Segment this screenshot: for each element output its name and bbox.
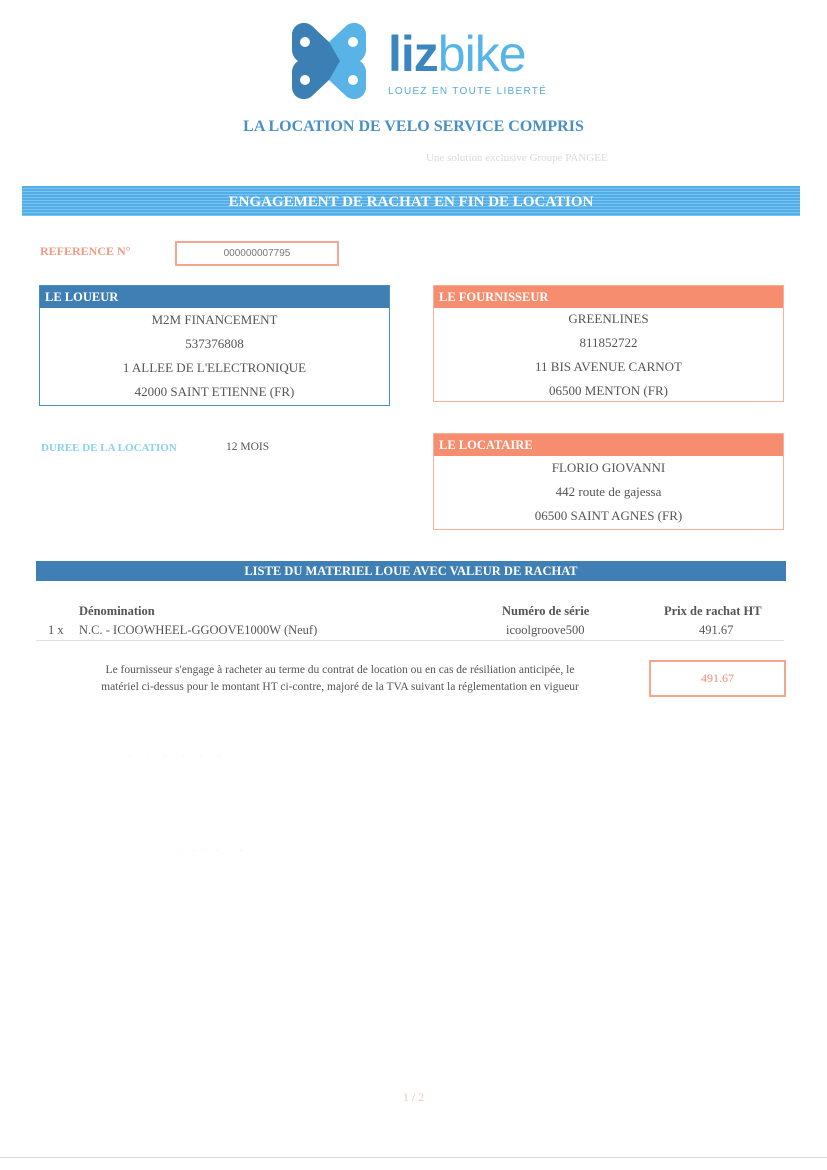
reference-label: REFERENCE N° xyxy=(40,244,130,259)
fournisseur-address: 11 BIS AVENUE CARNOT xyxy=(434,356,783,380)
fournisseur-details: GREENLINES 811852722 11 BIS AVENUE CARNO… xyxy=(434,308,783,404)
column-header-price: Prix de rachat HT xyxy=(664,604,762,619)
brand-wordmark: lizbike xyxy=(388,26,526,82)
locataire-card: LE LOCATAIRE FLORIO GIOVANNI 442 route d… xyxy=(433,433,784,530)
scan-artifact: · · · · · · xyxy=(180,846,245,857)
page-number: 1 / 2 xyxy=(0,1090,827,1105)
column-header-serial: Numéro de série xyxy=(502,604,589,619)
row-denomination: N.C. - ICOOWHEEL-GGOOVE1000W (Neuf) xyxy=(79,623,317,638)
loueur-title: LE LOUEUR xyxy=(40,286,389,308)
row-quantity: 1 x xyxy=(48,623,64,638)
locataire-details: FLORIO GIOVANNI 442 route de gajessa 065… xyxy=(434,456,783,528)
row-price: 491.67 xyxy=(699,623,733,638)
engagement-line-1: Le fournisseur s'engage à racheter au te… xyxy=(40,662,640,679)
chain-link-logo-icon xyxy=(288,22,370,100)
locataire-title: LE LOCATAIRE xyxy=(434,434,783,456)
brand-tagline: LA LOCATION DE VELO SERVICE COMPRIS xyxy=(0,118,827,136)
fournisseur-card: LE FOURNISSEUR GREENLINES 811852722 11 B… xyxy=(433,285,784,402)
fournisseur-siren: 811852722 xyxy=(434,332,783,356)
loueur-card: LE LOUEUR M2M FINANCEMENT 537376808 1 AL… xyxy=(39,285,390,406)
loueur-city: 42000 SAINT ETIENNE (FR) xyxy=(40,380,389,404)
loueur-name: M2M FINANCEMENT xyxy=(40,308,389,332)
fournisseur-city: 06500 MENTON (FR) xyxy=(434,380,783,404)
scan-artifact: · · · · · · xyxy=(128,752,226,763)
locataire-name: FLORIO GIOVANNI xyxy=(434,456,783,480)
document-title: ENGAGEMENT DE RACHAT EN FIN DE LOCATION xyxy=(22,186,800,216)
duree-value: 12 MOIS xyxy=(226,441,269,453)
engagement-line-2: matériel ci-dessus pour le montant HT ci… xyxy=(40,679,640,696)
engagement-total: 491.67 xyxy=(649,660,786,697)
row-serial: icoolgroove500 xyxy=(506,623,584,638)
materiel-list-title: LISTE DU MATERIEL LOUE AVEC VALEUR DE RA… xyxy=(36,561,786,581)
locataire-address: 442 route de gajessa xyxy=(434,480,783,504)
locataire-city: 06500 SAINT AGNES (FR) xyxy=(434,504,783,528)
brand-slogan: LOUEZ EN TOUTE LIBERTÉ xyxy=(388,86,547,97)
page-bottom-edge xyxy=(0,1157,827,1158)
lizbike-logo: lizbike LOUEZ EN TOUTE LIBERTÉ xyxy=(288,20,548,104)
loueur-siren: 537376808 xyxy=(40,332,389,356)
fournisseur-name: GREENLINES xyxy=(434,308,783,332)
loueur-address: 1 ALLEE DE L'ELECTRONIQUE xyxy=(40,356,389,380)
brand-subtagline: Une solution exclusive Groupe PANGEE xyxy=(426,152,608,164)
reference-value: 000000007795 xyxy=(175,241,339,266)
loueur-details: M2M FINANCEMENT 537376808 1 ALLEE DE L'E… xyxy=(40,308,389,404)
duree-label: DUREE DE LA LOCATION xyxy=(41,442,177,454)
engagement-notice: Le fournisseur s'engage à racheter au te… xyxy=(40,662,640,696)
row-divider xyxy=(36,640,784,641)
column-header-denomination: Dénomination xyxy=(79,604,155,619)
fournisseur-title: LE FOURNISSEUR xyxy=(434,286,783,308)
